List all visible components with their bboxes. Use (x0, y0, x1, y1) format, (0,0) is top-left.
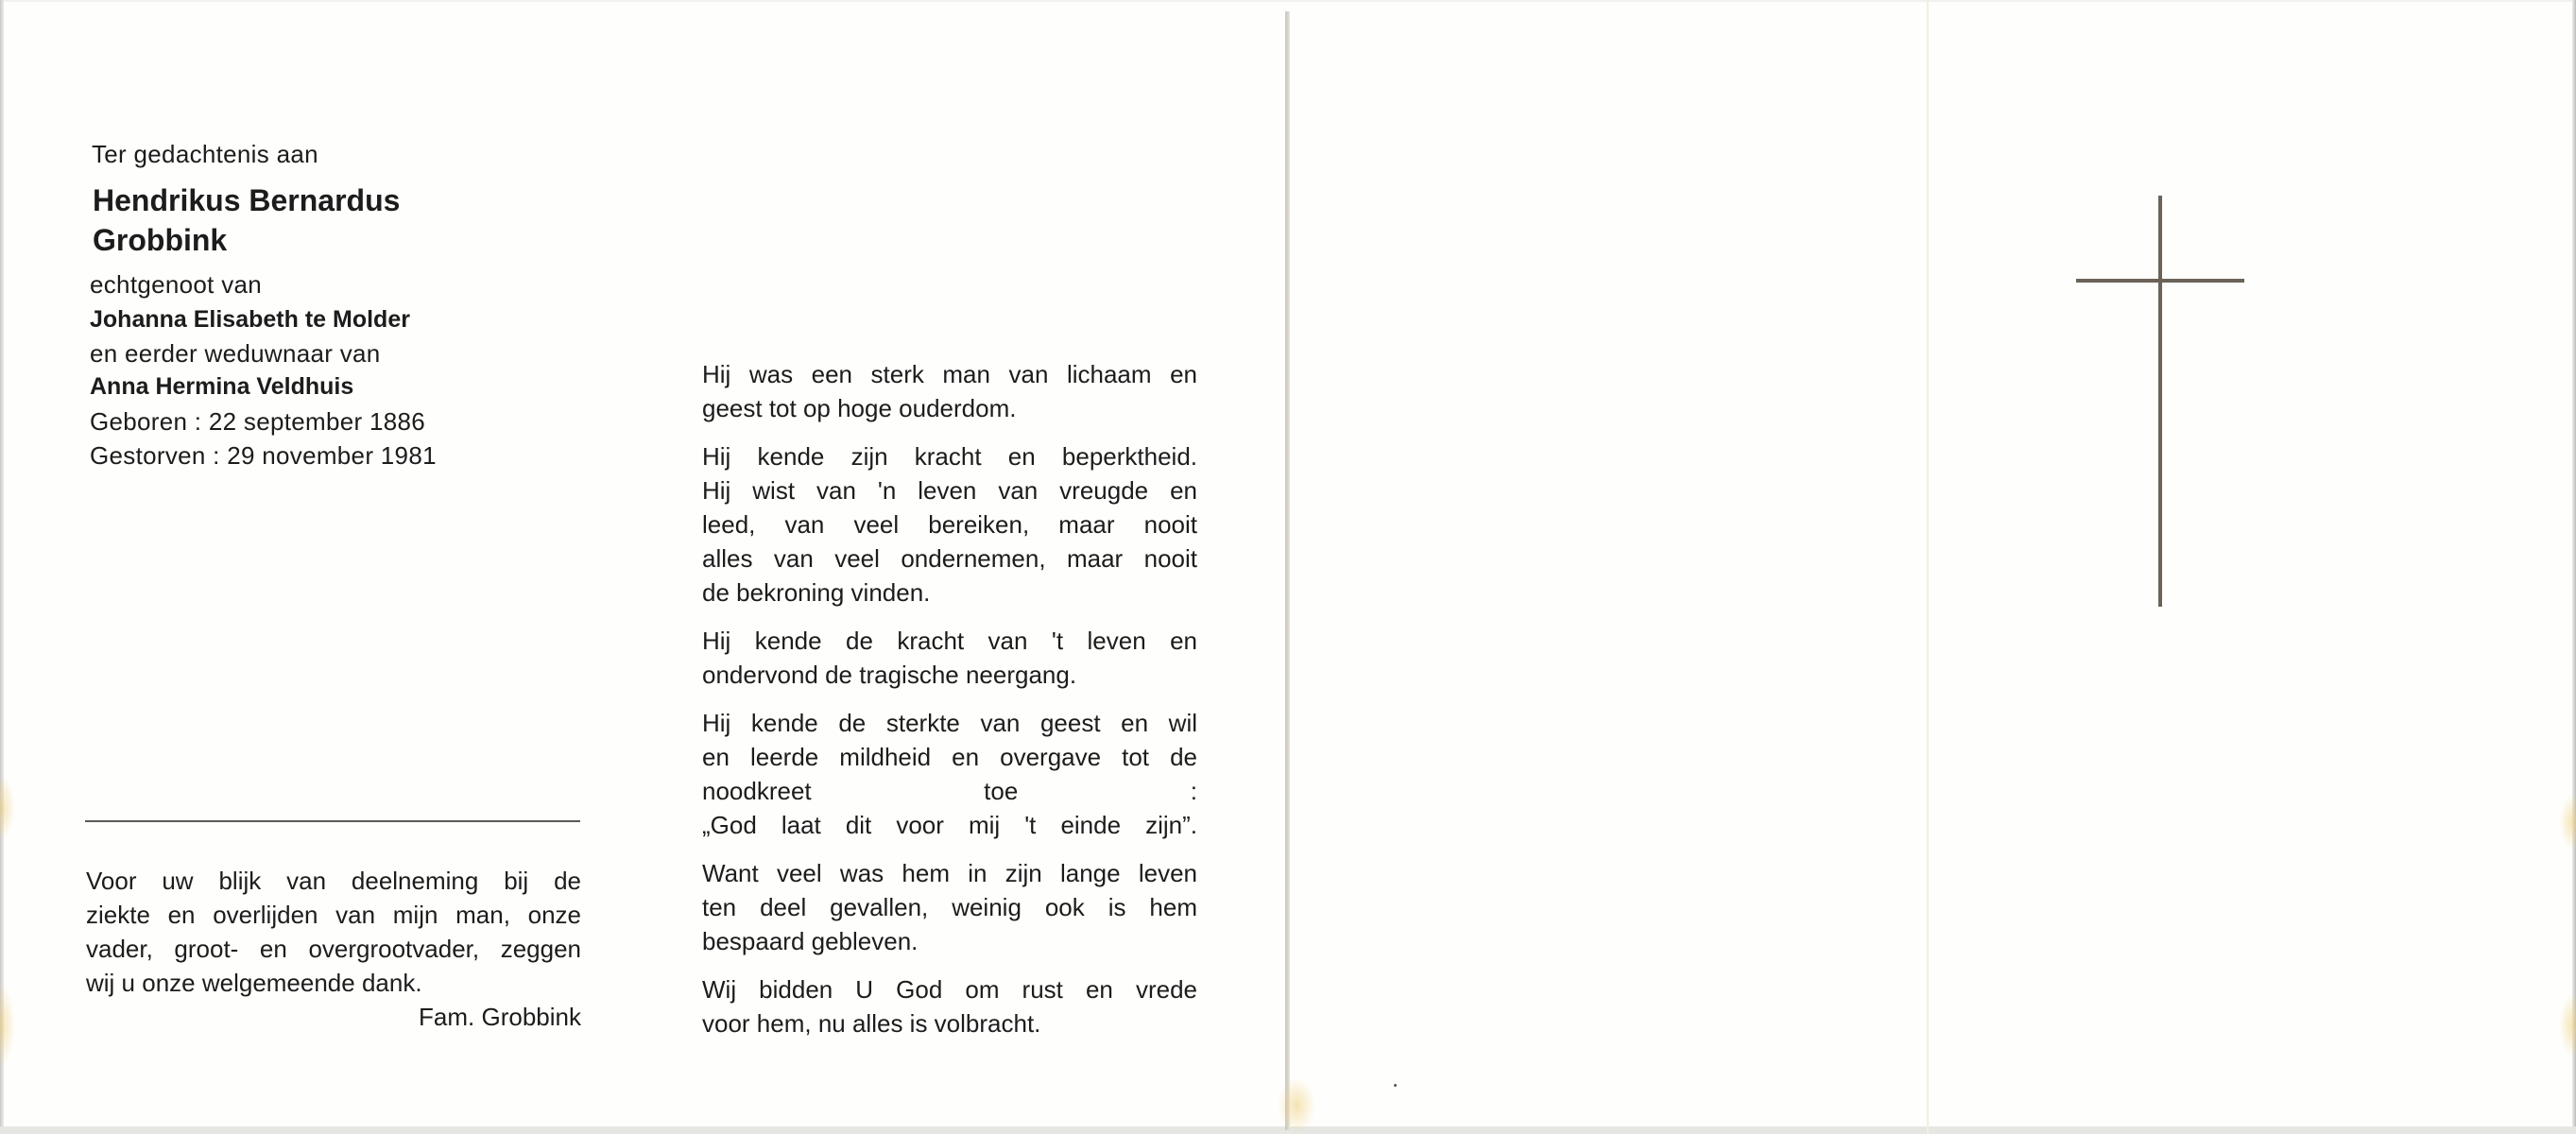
former-spouse-label: en eerder weduwnaar van (90, 341, 381, 366)
poem-line: de bekroning vinden. (702, 576, 1197, 610)
birth-date: Geboren : 22 september 1886 (90, 409, 425, 434)
thanks-message: Voor uw blijk van deelneming bij de ziek… (86, 864, 581, 1034)
poem-line: en leerde mildheid en overgave tot de (702, 740, 1197, 774)
card-right-edge (2572, 0, 2576, 1134)
poem-line: Hij was een sterk man van lichaam en (702, 357, 1197, 391)
card-top-edge (0, 0, 2576, 2)
paragraph-gap (702, 958, 1197, 972)
cross-horizontal-beam (2076, 279, 2244, 283)
poem-line: Hij kende de sterkte van geest en wil (702, 706, 1197, 740)
thanks-line: Voor uw blijk van deelneming bij de (86, 864, 581, 898)
poem-line: ten deel gevallen, weinig ook is hem (702, 890, 1197, 924)
poem-line: Want veel was hem in zijn lange leven (702, 856, 1197, 890)
paragraph-gap (702, 842, 1197, 856)
memorial-card: Ter gedachtenis aan Hendrikus Bernardus … (0, 0, 2576, 1134)
fold-line (1927, 0, 1929, 1134)
poem-line: ondervond de tragische neergang. (702, 658, 1197, 692)
paragraph-gap (702, 610, 1197, 624)
poem-line: geest tot op hoge ouderdom. (702, 391, 1197, 425)
poem-line: alles van veel ondernemen, maar nooit (702, 541, 1197, 576)
age-stain (1278, 1077, 1315, 1134)
poem-line: noodkreet toe : (702, 774, 1197, 808)
poem-line: Hij kende de kracht van 't leven en (702, 624, 1197, 658)
paragraph-gap (702, 692, 1197, 706)
paper-speck (1394, 1084, 1397, 1087)
cross-vertical-beam (2158, 196, 2162, 607)
thanks-line: vader, groot- en overgrootvader, zeggen (86, 932, 581, 966)
poem-line: voor hem, nu alles is volbracht. (702, 1006, 1197, 1040)
section-divider (85, 820, 580, 822)
age-stain (0, 775, 15, 841)
signature: Fam. Grobbink (86, 1000, 581, 1034)
poem-line: Hij wist van 'n leven van vreugde en (702, 473, 1197, 507)
paragraph-gap (702, 425, 1197, 439)
poem-text: Hij was een sterk man van lichaam engees… (702, 357, 1197, 1040)
thanks-line: ziekte en overlijden van mijn man, onze (86, 898, 581, 932)
death-date: Gestorven : 29 november 1981 (90, 443, 437, 468)
spouse-name: Johanna Elisabeth te Molder (90, 308, 410, 332)
former-spouse-name: Anna Hermina Veldhuis (90, 375, 353, 399)
intro-text: Ter gedachtenis aan (92, 142, 318, 166)
spouse-label: echtgenoot van (90, 272, 262, 297)
age-stain (0, 983, 15, 1068)
panel-divider (1285, 11, 1290, 1130)
age-stain (2559, 992, 2576, 1058)
poem-line: Hij kende zijn kracht en beperktheid. (702, 439, 1197, 473)
deceased-name-line1: Hendrikus Bernardus (93, 185, 400, 215)
poem-line: Wij bidden U God om rust en vrede (702, 972, 1197, 1006)
age-stain (2559, 794, 2576, 850)
card-left-edge (0, 0, 4, 1134)
poem-line: leed, van veel bereiken, maar nooit (702, 507, 1197, 541)
deceased-name-line2: Grobbink (93, 225, 227, 255)
thanks-line: wij u onze welgemeende dank. (86, 966, 581, 1000)
poem-line: „God laat dit voor mij 't einde zijn”. (702, 808, 1197, 842)
poem-line: bespaard gebleven. (702, 924, 1197, 958)
